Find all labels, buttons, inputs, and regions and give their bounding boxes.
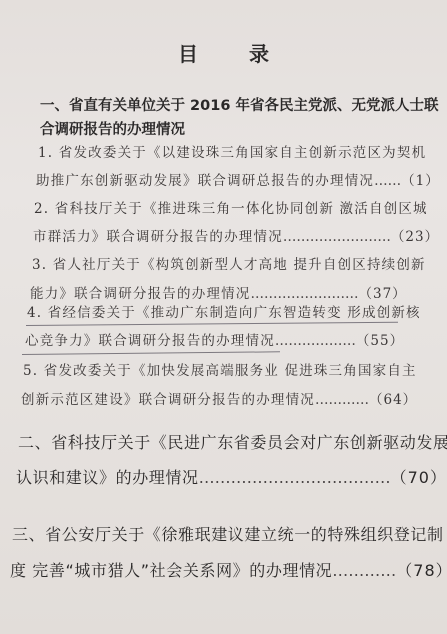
page-number: （64）	[369, 392, 417, 408]
toc-item-1-line1: 1. 省发改委关于《以建设珠三角国家自主创新示范区为契机	[38, 142, 426, 164]
toc-item-4-line2: 心竞争力》联合调研分报告的办理情况………………（55）	[25, 330, 404, 352]
page-number: （1）	[401, 173, 440, 189]
leader-dots: ……………………	[283, 229, 391, 245]
leader-dots: ………………………………	[199, 468, 391, 487]
toc-item-1-line2: 助推广东创新驱动发展》联合调研总报告的办理情况……（1）	[36, 170, 440, 192]
section-2-heading-line1: 二、省科技厅关于《民进广东省委员会对广东创新驱动发展	[18, 430, 447, 456]
leader-dots: …………	[332, 561, 396, 580]
page-title: 目 录	[0, 38, 447, 67]
section-1-heading-line2: 合调研报告的办理情况	[40, 118, 185, 142]
toc-item-5-line1: 5. 省发改委关于《加快发展高端服务业 促进珠三角国家自主	[23, 360, 417, 382]
section-2-heading-line2: 认识和建议》的办理情况………………………………（70）	[16, 465, 447, 491]
page-number: （37）	[359, 286, 407, 302]
toc-item-5-text: 创新示范区建设》联合调研分报告的办理情况	[21, 392, 315, 408]
toc-item-2-text: 市群活力》联合调研分报告的办理情况	[33, 229, 283, 245]
section-3-heading-line1: 三、省公安厅关于《徐雅珉建议建立统一的特殊组织登记制	[12, 522, 444, 548]
toc-item-5-line2: 创新示范区建设》联合调研分报告的办理情况…………（64）	[21, 389, 417, 411]
toc-item-4-text: 心竞争力》联合调研分报告的办理情况	[25, 333, 275, 349]
leader-dots: …………	[315, 392, 369, 408]
section-3-text: 度 完善“城市猎人”社会关系网》的办理情况	[10, 561, 332, 580]
toc-item-4-line1: 4. 省经信委关于《推动广东制造向广东智造转变 形成创新核	[27, 302, 421, 324]
toc-item-1-text: 助推广东创新驱动发展》联合调研总报告的办理情况	[36, 173, 374, 189]
page-number: （55）	[356, 333, 404, 349]
page-number: （78）	[396, 561, 447, 580]
page-number: （23）	[391, 229, 439, 245]
toc-page: 目 录 一、省直有关单位关于 2016 年省各民主党派、无党派人士联 合调研报告…	[0, 0, 447, 634]
leader-dots: ………………	[275, 333, 356, 349]
toc-item-3-text: 能力》联合调研分报告的办理情况	[30, 286, 251, 302]
section-3-heading-line2: 度 完善“城市猎人”社会关系网》的办理情况…………（78）	[10, 558, 447, 584]
toc-item-2-line2: 市群活力》联合调研分报告的办理情况……………………（23）	[33, 226, 439, 248]
toc-item-3-line1: 3. 省人社厅关于《构筑创新型人才高地 提升自创区持续创新	[32, 254, 426, 276]
leader-dots: ……	[374, 173, 401, 189]
page-number: （70）	[391, 468, 447, 487]
leader-dots: ……………………	[251, 286, 359, 302]
toc-item-2-line1: 2. 省科技厅关于《推进珠三角一体化协同创新 激活自创区城	[34, 198, 428, 220]
section-1-heading-line1: 一、省直有关单位关于 2016 年省各民主党派、无党派人士联	[40, 94, 438, 118]
section-2-text: 认识和建议》的办理情况	[16, 468, 199, 487]
